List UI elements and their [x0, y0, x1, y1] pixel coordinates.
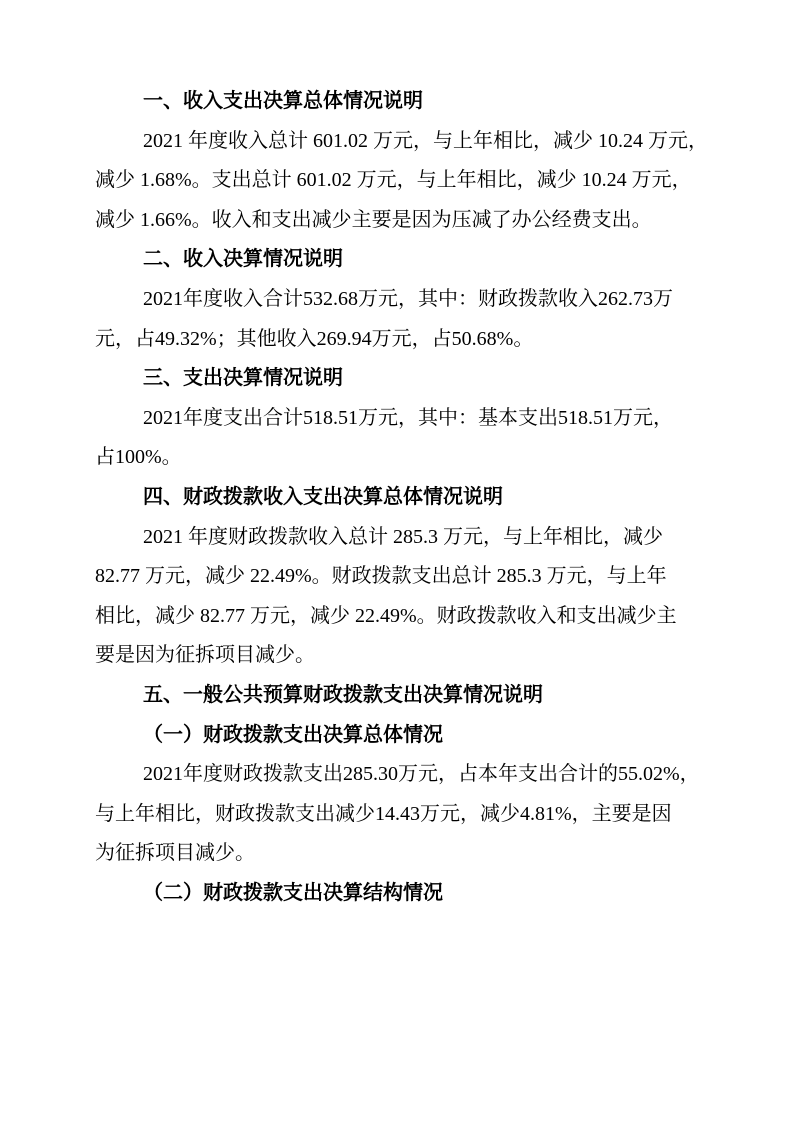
section-4-paragraph: 2021 年度财政拨款收入总计 285.3 万元，与上年相比，减少 82.77 …	[95, 518, 703, 676]
section-3-heading: 三、支出决算情况说明	[95, 359, 703, 399]
section-4-heading: 四、财政拨款收入支出决算总体情况说明	[95, 478, 703, 518]
section-1-heading: 一、收入支出决算总体情况说明	[95, 82, 703, 122]
section-2-heading: 二、收入决算情况说明	[95, 240, 703, 280]
section-5-heading: 五、一般公共预算财政拨款支出决算情况说明	[95, 676, 703, 716]
section-3-paragraph: 2021年度支出合计518.51万元，其中：基本支出518.51万元， 占100…	[95, 399, 703, 478]
document-page: 一、收入支出决算总体情况说明 2021 年度收入总计 601.02 万元，与上年…	[0, 0, 793, 1122]
section-5-subheading-2: （二）财政拨款支出决算结构情况	[95, 874, 703, 914]
document-content: 一、收入支出决算总体情况说明 2021 年度收入总计 601.02 万元，与上年…	[0, 0, 793, 913]
section-5-subheading-1: （一）财政拨款支出决算总体情况	[95, 716, 703, 756]
section-1-paragraph: 2021 年度收入总计 601.02 万元，与上年相比，减少 10.24 万元，…	[95, 122, 703, 241]
section-2-paragraph: 2021年度收入合计532.68万元，其中：财政拨款收入262.73万 元，占4…	[95, 280, 703, 359]
section-5-paragraph-1: 2021年度财政拨款支出285.30万元，占本年支出合计的55.02%， 与上年…	[95, 755, 703, 874]
